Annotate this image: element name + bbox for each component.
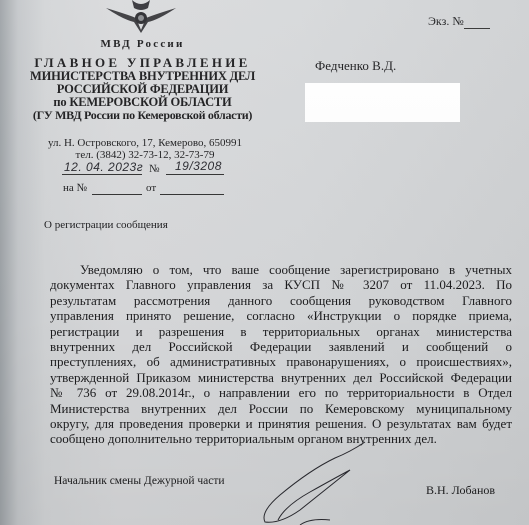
copy-number-label: Экз. № [428,14,464,28]
org-line-5: (ГУ МВД России по Кемеровской области) [30,108,255,123]
body-line: документах Главного управления за КУСП №… [50,277,512,292]
body-line: утвержденной Приказом министерства внутр… [50,370,512,385]
from-field [160,180,224,195]
recipient-name: Федченко В.Д. [315,58,396,74]
letter-body: Уведомляю о том, что ваше сообщение заре… [50,262,512,447]
copy-number: Экз. № [428,14,490,29]
body-line: управления принято решение, согласно «Ин… [50,308,512,323]
signer-name: В.Н. Лобанов [426,483,495,498]
body-line: Министерства внутренних дел России по Ке… [50,401,512,416]
reply-to-field [92,180,142,195]
body-line: внутренних дел Российской Федерации заяв… [50,339,512,354]
body-line: преступлениях, об административных право… [50,354,512,369]
reply-to-label: на № [63,182,87,194]
body-line: результатам рассмотрения данного сообщен… [50,293,512,308]
ministry-short-name: МВД России [85,38,200,50]
body-line: регистрации и разрешения в территориальн… [50,324,512,339]
from-label: от [146,182,156,194]
registration-number: 19/3208 [175,159,222,173]
mvd-eagle-emblem-icon [96,0,186,34]
body-line: № 736 от 29.08.2014г., о направлении его… [50,385,512,400]
letter-subject: О регистрации сообщения [44,219,168,231]
registration-number-label: № [149,163,160,175]
redacted-recipient-address [305,83,460,122]
copy-number-field [464,17,490,29]
body-line: округу, для проведения проверки и принят… [50,416,512,431]
body-line: Уведомляю о том, что ваше сообщение заре… [50,262,512,277]
registration-date: 12. 04. 2023г [64,160,143,174]
document-page: МВД России ГЛАВНОЕ УПРАВЛЕНИЕ МИНИСТЕРСТ… [0,0,529,525]
signer-title: Начальник смены Дежурной части [54,475,225,487]
handwritten-signature-icon [240,440,380,525]
org-address: ул. Н. Островского, 17, Кемерово, 650991 [40,137,250,149]
